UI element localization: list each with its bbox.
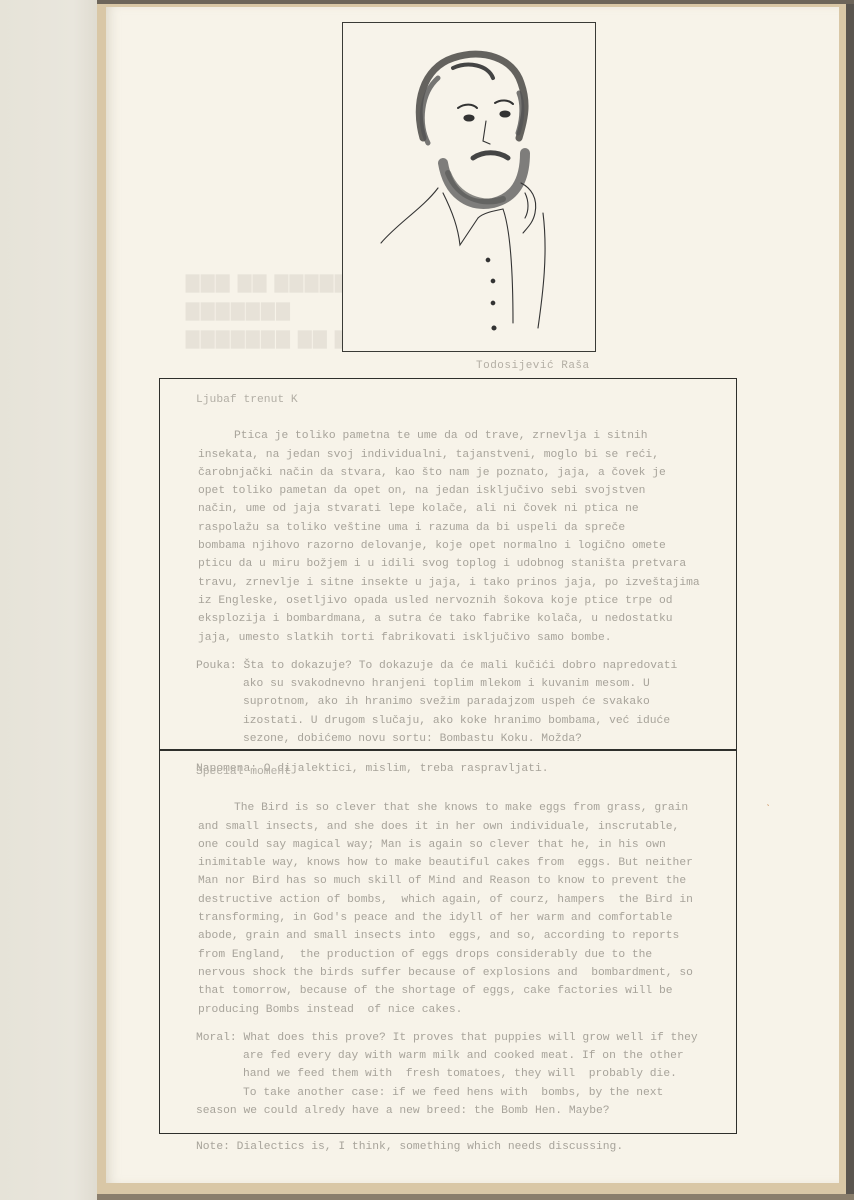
facing-left-page xyxy=(0,0,105,1200)
english-body: The Bird is so clever that she knows to … xyxy=(198,799,736,1019)
body-line: from England, the production of eggs dro… xyxy=(198,946,736,964)
body-line: The Bird is so clever that she knows to … xyxy=(198,799,736,817)
moral-line: season we could alredy have a new breed:… xyxy=(196,1102,736,1120)
body-line: nervous shock the birds suffer because o… xyxy=(198,964,736,982)
moral-label: Moral: xyxy=(196,1032,237,1044)
body-line: jaja, umesto slatkih torti fabrikovati i… xyxy=(198,629,736,647)
body-line: raspolažu sa toliko veštine uma i razuma… xyxy=(198,519,736,537)
english-text-box: Special moment The Bird is so clever tha… xyxy=(159,750,737,1134)
portrait-drawing xyxy=(342,22,596,352)
moral-line: hand we feed them with fresh tomatoes, t… xyxy=(198,1065,736,1083)
english-moral: Moral: What does this prove? It proves t… xyxy=(198,1029,736,1120)
body-line: način, ume od jaja stvarati lepe kolače,… xyxy=(198,500,736,518)
body-line: iz Engleske, osetljivo opada usled nervo… xyxy=(198,592,736,610)
body-line: producing Bombs instead of nice cakes. xyxy=(198,1001,736,1019)
board-bottom-edge xyxy=(97,1194,854,1200)
body-line: transforming, in God's peace and the idy… xyxy=(198,909,736,927)
body-line: opet toliko pametan da opet on, na jedan… xyxy=(198,482,736,500)
serbian-text-box: Ljubaf trenut K Ptica je toliko pametna … xyxy=(159,378,737,750)
moral-line: Šta to dokazuje? To dokazuje da će mali … xyxy=(243,660,677,672)
serbian-title: Ljubaf trenut K xyxy=(196,391,736,409)
moral-line: What does this prove? It proves that pup… xyxy=(243,1032,697,1044)
body-line: one could say magical way; Man is again … xyxy=(198,836,736,854)
moral-line: To take another case: if we feed hens wi… xyxy=(198,1084,736,1102)
portrait-caption: Todosijević Raša xyxy=(476,360,590,372)
moral-line: sezone, dobićemo novu sortu: Bombastu Ko… xyxy=(198,730,736,748)
body-line: that tomorrow, because of the shortage o… xyxy=(198,982,736,1000)
board-top-edge xyxy=(97,0,854,4)
serbian-moral: Pouka: Šta to dokazuje? To dokazuje da ć… xyxy=(198,657,736,748)
moral-label: Pouka: xyxy=(196,660,237,672)
english-note: Note: Dialectics is, I think, something … xyxy=(196,1138,736,1156)
serbian-body: Ptica je toliko pametna te ume da od tra… xyxy=(198,427,736,647)
document-sheet: ▇▇▇ ▇▇ ▇▇▇▇▇▇ ▇▇▇▇▇ ▇▇▇▇▇▇▇▇▇▇▇▇▇▇ ▇▇ ▇▇… xyxy=(106,7,839,1183)
body-line: bombama njihovo razorno delovanje, koje … xyxy=(198,537,736,555)
body-line: Ptica je toliko pametna te ume da od tra… xyxy=(198,427,736,445)
body-line: insekata, na jedan svoj individualni, ta… xyxy=(198,446,736,464)
body-line: and small insects, and she does it in he… xyxy=(198,818,736,836)
body-line: eksplozija i bombardmana, a sutra će tak… xyxy=(198,610,736,628)
body-line: Man nor Bird has so much skill of Mind a… xyxy=(198,872,736,890)
body-line: destructive action of bombs, which again… xyxy=(198,891,736,909)
body-line: abode, grain and small insects into eggs… xyxy=(198,927,736,945)
body-line: inimitable way, knows how to make beauti… xyxy=(198,854,736,872)
board-edge-shadow xyxy=(846,0,854,1200)
moral-line: ako su svakodnevno hranjeni toplim mleko… xyxy=(198,675,736,693)
moral-line: suprotnom, ako ih hranimo svežim paradaj… xyxy=(198,693,736,711)
moral-line: izostati. U drugom slučaju, ako koke hra… xyxy=(198,712,736,730)
english-title: Special moment xyxy=(196,763,736,781)
body-line: pticu da u miru božjem i u idili svog to… xyxy=(198,555,736,573)
body-line: čarobnjački način da stvara, kao što nam… xyxy=(198,464,736,482)
body-line: travu, zrnevlje i sitne insekte u jaja, … xyxy=(198,574,736,592)
paper-mark: ˎ xyxy=(765,797,771,803)
moral-line: are fed every day with warm milk and coo… xyxy=(198,1047,736,1065)
portrait-illustration xyxy=(343,23,595,351)
